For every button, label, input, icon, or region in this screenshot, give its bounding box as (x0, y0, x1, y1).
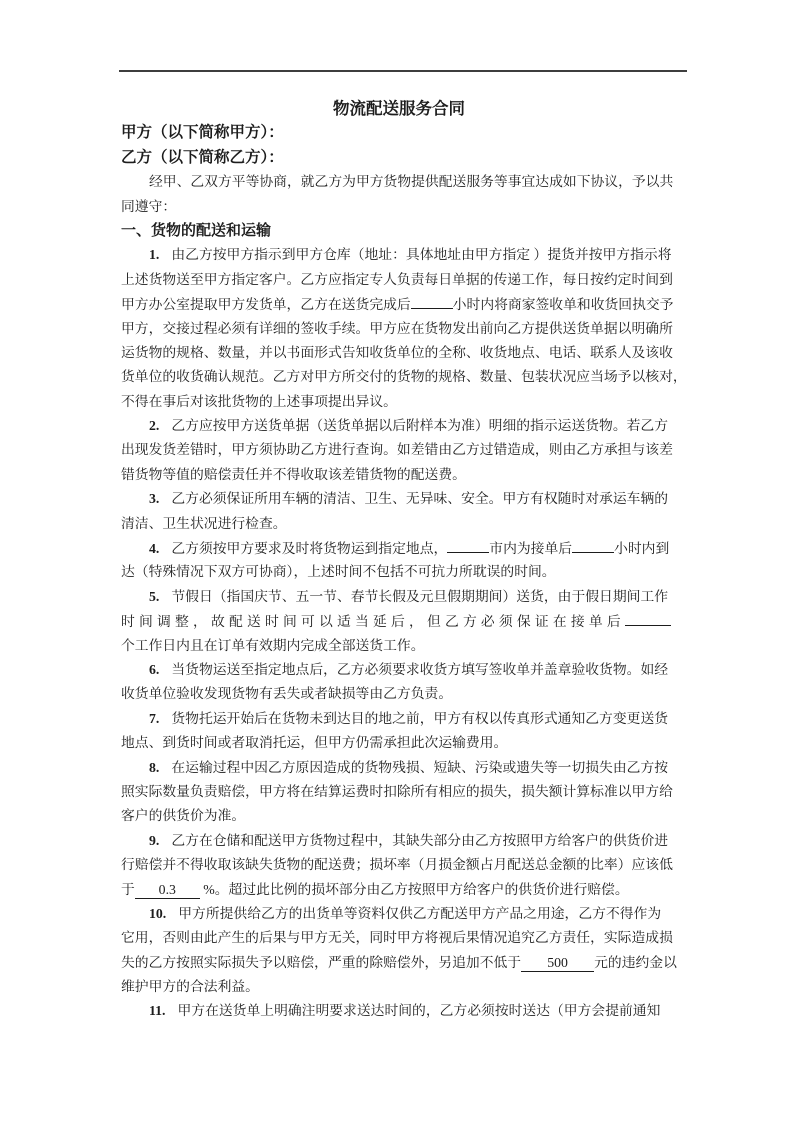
document-title: 物流配送服务合同 (121, 97, 677, 121)
doc-line: 照实际数量负责赔偿，甲方将在结算运费时扣除所有相应的损失，损失额计算标准以甲方给 (121, 780, 677, 804)
text-run: 由乙方按甲方指示到甲方仓库（地址：具体地址由甲方指定 ）提货并按甲方指示将 (171, 247, 671, 262)
text-run: 行赔偿并不得收取该缺失货物的配送费；损坏率（月损金额占月配送总金额的比率）应该低 (121, 857, 673, 872)
doc-line: 5.节假日（指国庆节、五一节、春节长假及元旦假期期间）送货，由于假日期间工作 (121, 585, 677, 609)
clause-number: 1. (149, 247, 159, 262)
text-run: 达（特殊情况下双方可协商），上述时间不包括不可抗力所耽误的时间。 (121, 564, 556, 579)
text-run: 乙方在仓储和配送甲方货物过程中，其缺失部分由乙方按照甲方给客户的供货价进 (171, 833, 668, 848)
text-run: 出现发货差错时，甲方须协助乙方进行查询。如差错由乙方过错造成，则由乙方承担与该差 (121, 442, 673, 457)
text-run: 小时内将商家签收单和收货回执交予 (453, 297, 674, 312)
doc-line: 失的乙方按照实际损失予以赔偿，严重的除赔偿外，另追加不低于500元的违约金以 (121, 951, 677, 975)
text-run: 乙方须按甲方要求及时将货物运到指定地点， (171, 541, 447, 556)
text-run: 元的违约金以 (594, 955, 677, 970)
doc-line: 出现发货差错时，甲方须协助乙方进行查询。如差错由乙方过错造成，则由乙方承担与该差 (121, 438, 677, 462)
doc-line: 9.乙方在仓储和配送甲方货物过程中，其缺失部分由乙方按照甲方给客户的供货价进 (121, 829, 677, 853)
text-run: 清洁、卫生状况进行检查。 (121, 516, 287, 531)
clause-number: 2. (149, 418, 159, 433)
clause-number: 8. (149, 760, 159, 775)
preamble: 经甲、乙双方平等协商，就乙方为甲方货物提供配送服务等事宜达成如下协议，予以共同遵… (121, 170, 677, 219)
fill-in-blank[interactable]: 0.3 (135, 882, 200, 899)
doc-line: 8.在运输过程中因乙方原因造成的货物残损、短缺、污染或遗失等一切损失由乙方按 (121, 756, 677, 780)
doc-line: 经甲、乙双方平等协商，就乙方为甲方货物提供配送服务等事宜达成如下协议，予以共 (121, 170, 677, 194)
fill-in-blank[interactable] (625, 609, 671, 626)
doc-line: 4.乙方须按甲方要求及时将货物运到指定地点，市内为接单后小时内到 (121, 536, 677, 560)
clause-number: 11. (149, 1003, 166, 1018)
clause-number: 4. (149, 541, 159, 556)
doc-line: 甲方，交接过程必须有详细的签收手续。甲方应在货物发出前向乙方提供送货单据以明确所 (121, 317, 677, 341)
text-run: 错货物等值的赔偿责任并不得收取该差错货物的配送费。 (121, 467, 466, 482)
doc-line: 7.货物托运开始后在货物未到达目的地之前，甲方有权以传真形式通知乙方变更送货 (121, 707, 677, 731)
text-run: 甲方，交接过程必须有详细的签收手续。甲方应在货物发出前向乙方提供送货单据以明确所 (121, 321, 673, 336)
text-run: 个工作日内且在订单有效期内完成全部送货工作。 (121, 638, 425, 653)
doc-line: 货单位的收货确认规范。乙方对甲方所交付的货物的规格、数量、包装状况应当场予以核对… (121, 365, 677, 389)
clause-number: 6. (149, 662, 159, 677)
doc-line: 甲方办公室提取甲方发货单，乙方在送货完成后小时内将商家签收单和收货回执交予 (121, 292, 677, 316)
fill-in-blank[interactable] (447, 536, 489, 553)
clauses: 1.由乙方按甲方指示到甲方仓库（地址：具体地址由甲方指定 ）提货并按甲方指示将上… (121, 243, 677, 1024)
doc-line: 客户的供货价为准。 (121, 804, 677, 828)
text-run: 货物托运开始后在货物未到达目的地之前，甲方有权以传真形式通知乙方变更送货 (171, 711, 668, 726)
doc-line: 10.甲方所提供给乙方的出货单等资料仅供乙方配送甲方产品之用途，乙方不得作为 (121, 902, 677, 926)
doc-line: 上述货物送至甲方指定客户。乙方应指定专人负责每日单据的传递工作，每日按约定时间到 (121, 268, 677, 292)
text-run: 经甲、乙双方平等协商，就乙方为甲方货物提供配送服务等事宜达成如下协议，予以共 (149, 174, 673, 189)
text-run: 在运输过程中因乙方原因造成的货物残损、短缺、污染或遗失等一切损失由乙方按 (171, 760, 668, 775)
text-run: 收货单位验收发现货物有丢失或者缺损等由乙方负责。 (121, 686, 452, 701)
text-run: 甲方办公室提取甲方发货单，乙方在送货完成后 (121, 297, 411, 312)
doc-line: 2.乙方应按甲方送货单据（送货单据以后附样本为准）明细的指示运送货物。若乙方 (121, 414, 677, 438)
text-run: 乙方应按甲方送货单据（送货单据以后附样本为准）明细的指示运送货物。若乙方 (171, 418, 668, 433)
clause-number: 10. (149, 906, 166, 921)
section-heading: 一、货物的配送和运输 (121, 219, 677, 243)
text-run: 失的乙方按照实际损失予以赔偿，严重的除赔偿外，另追加不低于 (121, 955, 521, 970)
text-run: 于 (121, 882, 135, 897)
clause-number: 3. (149, 491, 159, 506)
doc-line: 时间调整，故配送时间可以适当延后，但乙方必须保证在接单后 (121, 609, 677, 633)
text-run: 小时内到 (614, 541, 669, 556)
fill-in-blank[interactable] (411, 292, 453, 309)
doc-line: 1.由乙方按甲方指示到甲方仓库（地址：具体地址由甲方指定 ）提货并按甲方指示将 (121, 243, 677, 267)
clause-number: 5. (149, 589, 159, 604)
text-run: 同遵守： (121, 199, 176, 214)
text-run: %。超过此比例的损坏部分由乙方按照甲方给客户的供货价进行赔偿。 (200, 882, 629, 897)
doc-line: 达（特殊情况下双方可协商），上述时间不包括不可抗力所耽误的时间。 (121, 560, 677, 584)
doc-line: 运货物的规格、数量，并以书面形式告知收货单位的全称、收货地点、电话、联系人及该收 (121, 341, 677, 365)
text-run: 货单位的收货确认规范。乙方对甲方所交付的货物的规格、数量、包装状况应当场予以核对… (121, 369, 687, 384)
text-run: 照实际数量负责赔偿，甲方将在结算运费时扣除所有相应的损失，损失额计算标准以甲方给 (121, 784, 673, 799)
doc-line: 收货单位验收发现货物有丢失或者缺损等由乙方负责。 (121, 682, 677, 706)
doc-line: 于0.3 %。超过此比例的损坏部分由乙方按照甲方给客户的供货价进行赔偿。 (121, 878, 677, 902)
text-run: 乙方必须保证所用车辆的清洁、卫生、无异味、安全。甲方有权随时对承运车辆的 (171, 491, 668, 506)
clause-number: 9. (149, 833, 159, 848)
doc-line: 维护甲方的合法利益。 (121, 975, 677, 999)
text-run: 不得在事后对该批货物的上述事项提出异议。 (121, 394, 397, 409)
doc-line: 行赔偿并不得收取该缺失货物的配送费；损坏率（月损金额占月配送总金额的比率）应该低 (121, 853, 677, 877)
party-a-line: 甲方（以下简称甲方）： (121, 121, 677, 145)
text-run: 维护甲方的合法利益。 (121, 979, 259, 994)
doc-line: 3.乙方必须保证所用车辆的清洁、卫生、无异味、安全。甲方有权随时对承运车辆的 (121, 487, 677, 511)
doc-line: 不得在事后对该批货物的上述事项提出异议。 (121, 390, 677, 414)
doc-line: 错货物等值的赔偿责任并不得收取该差错货物的配送费。 (121, 463, 677, 487)
fill-in-blank[interactable] (572, 536, 614, 553)
doc-line: 地点、到货时间或者取消托运，但甲方仍需承担此次运输费用。 (121, 731, 677, 755)
doc-line: 个工作日内且在订单有效期内完成全部送货工作。 (121, 634, 677, 658)
text-run: 上述货物送至甲方指定客户。乙方应指定专人负责每日单据的传递工作，每日按约定时间到 (121, 272, 673, 287)
doc-line: 6.当货物运送至指定地点后，乙方必须要求收货方填写签收单并盖章验收货物。如经 (121, 658, 677, 682)
header-rule (119, 70, 687, 72)
party-b-line: 乙方（以下简称乙方）： (121, 146, 677, 170)
text-run: 甲方在送货单上明确注明要求送达时间的，乙方必须按时送达（甲方会提前通知 (178, 1003, 661, 1018)
text-run: 当货物运送至指定地点后，乙方必须要求收货方填写签收单并盖章验收货物。如经 (171, 662, 668, 677)
text-run: 它用，否则由此产生的后果与甲方无关，同时甲方将视后果情况追究乙方责任，实际造成损 (121, 930, 673, 945)
text-run: 运货物的规格、数量，并以书面形式告知收货单位的全称、收货地点、电话、联系人及该收 (121, 345, 673, 360)
fill-in-blank[interactable]: 500 (521, 955, 594, 972)
text-run: 地点、到货时间或者取消托运，但甲方仍需承担此次运输费用。 (121, 735, 507, 750)
text-run: 市内为接单后 (489, 541, 572, 556)
text-run: 节假日（指国庆节、五一节、春节长假及元旦假期期间）送货，由于假日期间工作 (171, 589, 668, 604)
text-run: 客户的供货价为准。 (121, 808, 245, 823)
doc-line: 11.甲方在送货单上明确注明要求送达时间的，乙方必须按时送达（甲方会提前通知 (121, 999, 677, 1023)
doc-line: 它用，否则由此产生的后果与甲方无关，同时甲方将视后果情况追究乙方责任，实际造成损 (121, 926, 677, 950)
text-run: 时间调整，故配送时间可以适当延后，但乙方必须保证在接单后 (121, 614, 625, 629)
document-page: 物流配送服务合同 甲方（以下简称甲方）： 乙方（以下简称乙方）： 经甲、乙双方平… (0, 0, 794, 1123)
clause-number: 7. (149, 711, 159, 726)
doc-line: 同遵守： (121, 195, 677, 219)
document-content: 物流配送服务合同 甲方（以下简称甲方）： 乙方（以下简称乙方）： 经甲、乙双方平… (121, 97, 677, 1024)
doc-line: 清洁、卫生状况进行检查。 (121, 512, 677, 536)
text-run: 甲方所提供给乙方的出货单等资料仅供乙方配送甲方产品之用途，乙方不得作为 (178, 906, 661, 921)
